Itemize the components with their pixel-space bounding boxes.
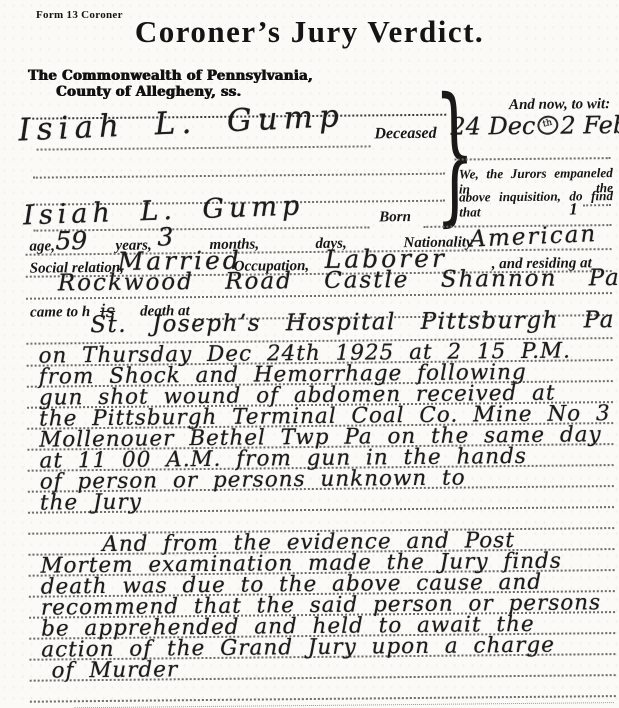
page-mark: 1 (569, 199, 578, 219)
residence-value: Rockwood Road Castle Shannon Pa (58, 265, 619, 296)
deceased-name-handwritten: Isiah L. Gump (18, 98, 346, 148)
verdict-date-handwritten: 24 Decth2 Feb 1926 (450, 110, 619, 140)
came-to-label: came to h (30, 304, 90, 322)
date-first: 24 Dec (450, 112, 535, 141)
coroner-jury-verdict-document: Form 13 Coroner Coroner’s Jury Verdict. … (0, 0, 619, 708)
ruled-line (33, 173, 445, 179)
born-label: Born (379, 209, 411, 226)
date-second: 2 Feb (560, 111, 619, 140)
ruled-line (583, 204, 611, 206)
ruled-line (455, 157, 611, 160)
age-value: 59 (55, 226, 87, 255)
ruled-line-row (30, 669, 616, 703)
circled-mark: th (536, 114, 561, 137)
ruled-line (74, 702, 614, 708)
ruled-line (37, 145, 371, 150)
deceased-label: Deceased (374, 125, 436, 144)
form-body: Isiah L. Gump Deceased } And now, to wit… (0, 0, 619, 708)
